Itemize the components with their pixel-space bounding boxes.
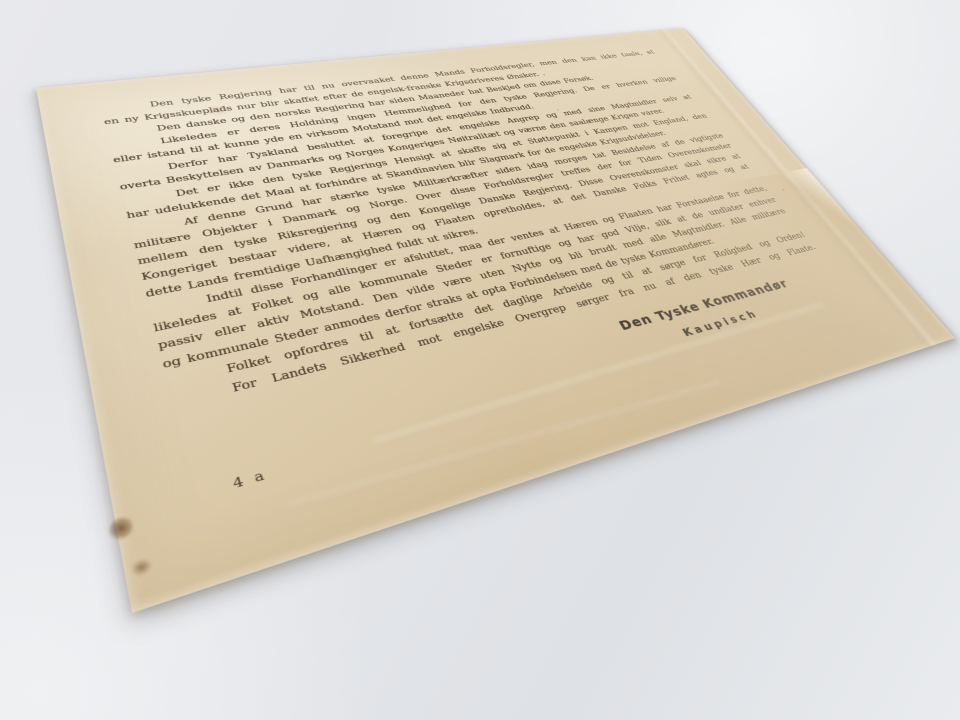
proclamation-text: Den tyske Regjering har til nu overvaake… <box>100 48 820 414</box>
document-lines: Den tyske Regjering har til nu overvaake… <box>100 48 820 414</box>
crease-line <box>288 379 722 508</box>
photo-backdrop: Den tyske Regjering har til nu overvaake… <box>0 0 960 720</box>
page-mark: 4 a <box>231 467 269 492</box>
paper-speck <box>782 189 785 191</box>
leaflet-paper: Den tyske Regjering har til nu overvaake… <box>36 28 955 613</box>
stain <box>125 552 158 583</box>
stain <box>102 507 147 547</box>
